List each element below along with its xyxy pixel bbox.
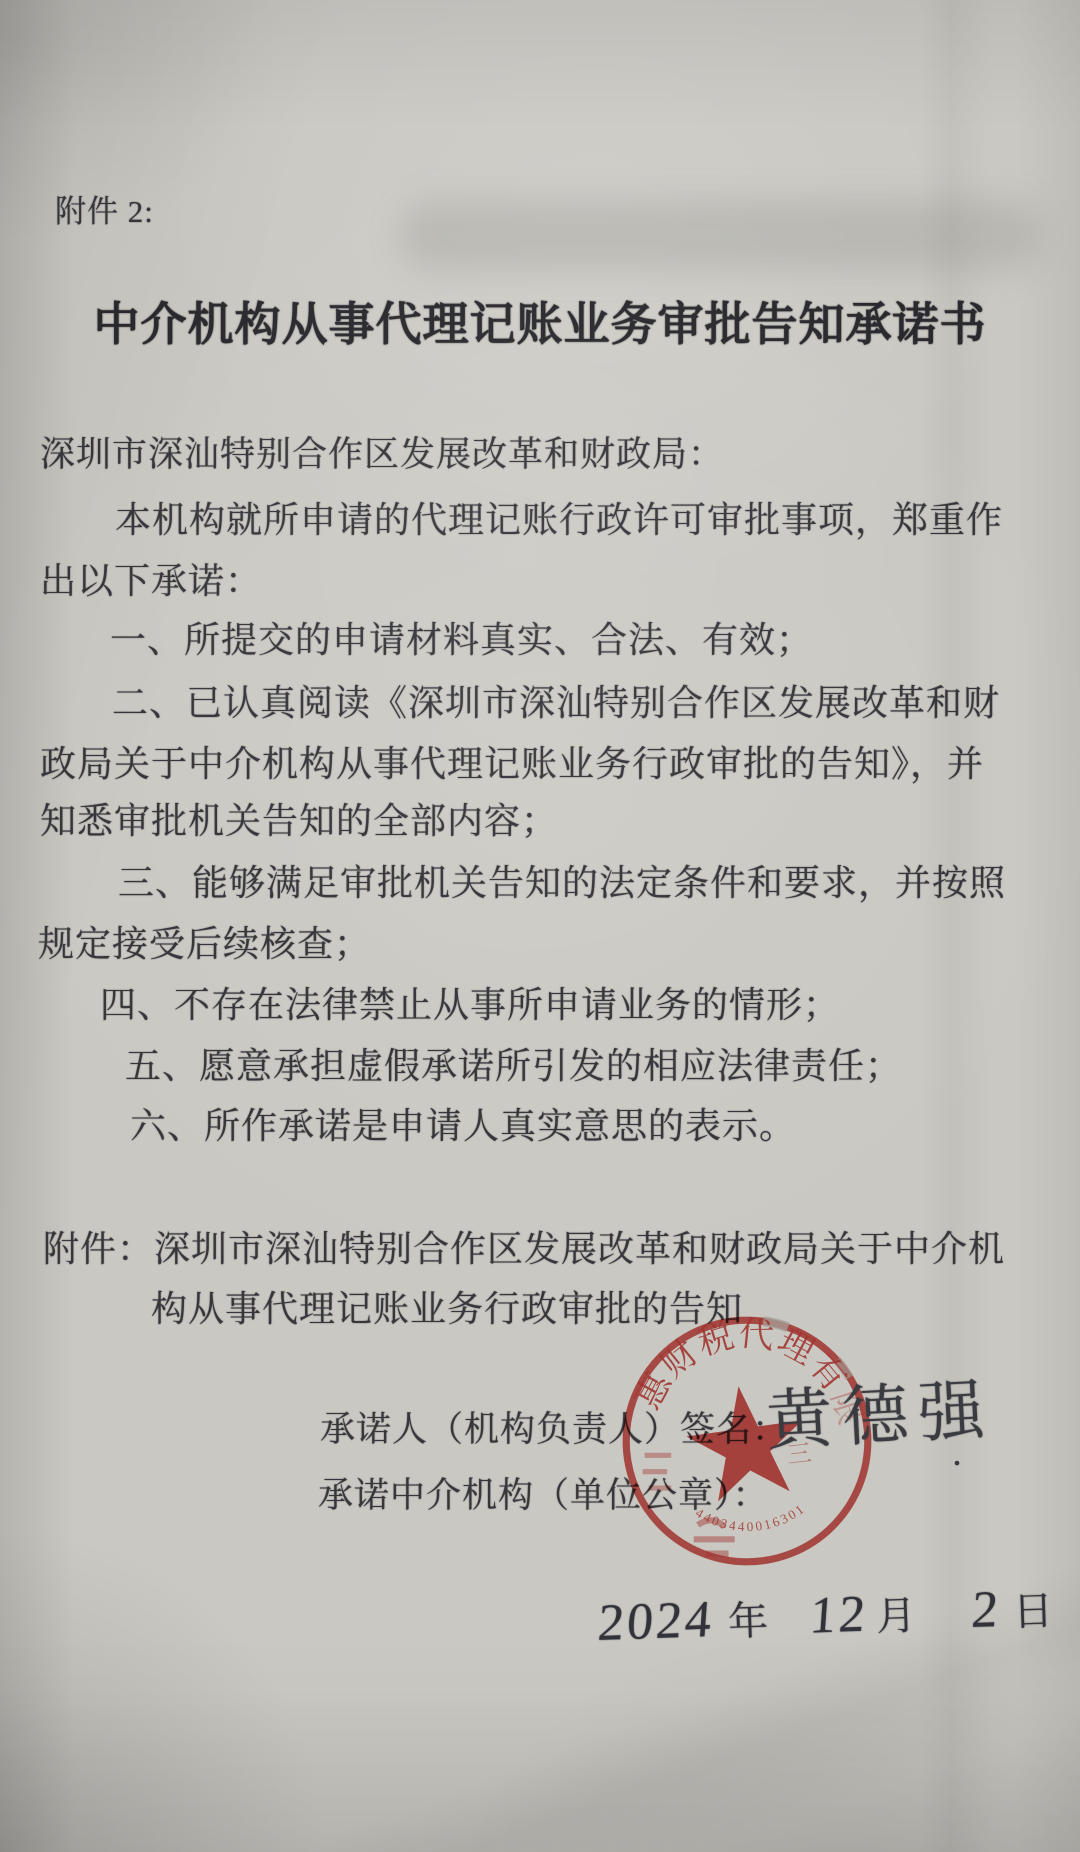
commitment-2-line-2: 政局关于中介机构从事代理记账业务行政审批的告知》，并: [40, 736, 984, 787]
intro-line-2: 出以下承诺：: [40, 553, 262, 604]
commitment-2-line-1: 二、已认真阅读《深圳市深汕特别合作区发展改革和财: [112, 675, 1000, 726]
handwritten-date: 2024 年 12 月 2 日: [597, 1578, 1054, 1653]
ink-bleed-smudge: [400, 200, 1040, 270]
salutation-line: 深圳市深汕特别合作区发展改革和财政局：: [40, 427, 724, 477]
commitment-5: 五、愿意承担虚假承诺所引发的相应法律责任；: [125, 1038, 902, 1089]
commitment-4: 四、不存在法律禁止从事所申请业务的情形；: [100, 977, 840, 1028]
date-month: 12: [808, 1584, 870, 1645]
signature-pen-dot: .: [952, 1428, 962, 1475]
date-year: 2024: [596, 1590, 716, 1653]
appendix-line-1: 附件：深圳市深汕特别合作区发展改革和财政局关于中介机: [43, 1221, 1005, 1272]
seal-ink-fragments: [643, 1455, 672, 1488]
document-photo: 附件 2: 中介机构从事代理记账业务审批告知承诺书 深圳市深汕特别合作区发展改革…: [0, 0, 1080, 1852]
date-year-unit: 年: [727, 1589, 769, 1647]
page-title: 中介机构从事代理记账业务审批告知承诺书: [0, 288, 1080, 354]
date-day: 2: [970, 1580, 1003, 1640]
commitment-3-line-2: 规定接受后续核查；: [38, 916, 371, 967]
commitment-1: 一、所提交的申请材料真实、合法、有效；: [110, 612, 813, 663]
commitment-2-line-3: 知悉审批机关告知的全部内容；: [40, 793, 558, 844]
commitment-3-line-1: 三、能够满足审批机关告知的法定条件和要求，并按照: [118, 855, 1006, 906]
date-day-unit: 日: [1012, 1579, 1054, 1637]
commitment-6: 六、所作承诺是申请人真实意思的表示。: [130, 1098, 796, 1149]
intro-line-1: 本机构就所申请的代理记账行政许可审批事项，郑重作: [115, 492, 1003, 543]
attachment-label: 附件 2:: [55, 186, 154, 231]
date-month-unit: 月: [875, 1584, 917, 1642]
